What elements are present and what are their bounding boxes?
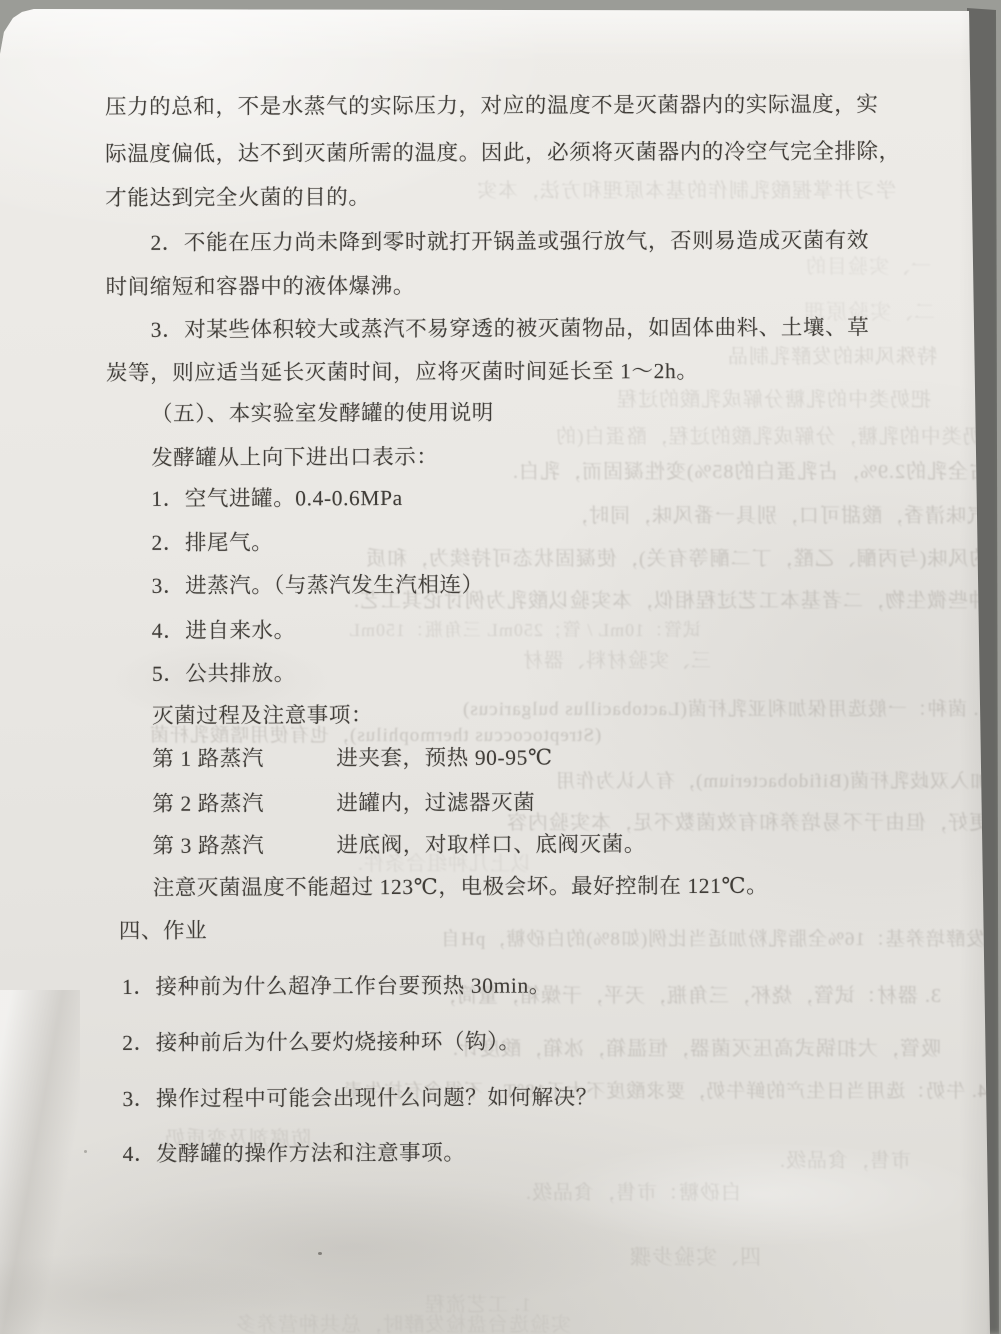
document-line: 才能达到完全火菌的目的。 — [105, 182, 370, 213]
document-line: 发酵罐从上向下进出口表示： — [106, 442, 438, 473]
steam-route-label: 第 1 路蒸汽 — [152, 743, 336, 774]
document-line homework-item: 1．接种前为什么超净工作台要预热 30min。 — [108, 970, 551, 1002]
document-line: 炭等，则应适当延长灭菌时间，应将灭菌时间延长至 1～2h。 — [106, 356, 699, 388]
steam-route-desc: 进夹套，预热 90-95℃ — [336, 745, 552, 770]
document-line note: 注意灭菌温度不能超过 123℃，电极会坏。最好控制在 121℃。 — [108, 871, 769, 903]
document-line list-item: 3．进蒸汽。（与蒸汽发生汽相连） — [107, 570, 484, 601]
document-line steam-route: 第 3 路蒸汽进底阀，对取样口、底阀灭菌。 — [107, 829, 646, 861]
paper-speck — [84, 1150, 87, 1153]
document-line steam-route: 第 1 路蒸汽进夹套，预热 90-95℃ — [107, 742, 552, 774]
document-line: 压力的总和，不是水蒸气的实际压力，对应的温度不是灭菌器内的实际温度，实 — [105, 89, 879, 122]
document-line list-item: 2．排尾气。 — [106, 527, 273, 558]
document-line homework-item: 3．操作过程中可能会出现什么问题？如何解决？ — [108, 1082, 598, 1114]
document-line homework-item: 2．接种前后为什么要灼烧接种环（钩）。 — [108, 1027, 521, 1058]
document-line steam-route: 第 2 路蒸汽进罐内，过滤器灭菌 — [107, 788, 535, 819]
paper-page: 学习并掌握酸乳制作的基本原理和方法，本实 一、实验目的 二、实验原理 特殊风味的… — [0, 0, 1001, 1334]
steam-route-desc: 进底阀，对取样口、底阀灭菌。 — [336, 832, 645, 857]
document-line section-heading: 四、作业 — [108, 916, 208, 946]
document-line list-item: 5．公共排放。 — [107, 658, 296, 689]
steam-route-label: 第 2 路蒸汽 — [152, 788, 336, 819]
document-line: 时间缩短和容器中的液体爆沸。 — [106, 271, 416, 302]
document-line: 灭菌过程及注意事项： — [107, 700, 373, 731]
document-line: 际温度偏低，达不到灭菌所需的温度。因此，必须将灭菌器内的冷空气完全排除， — [105, 136, 901, 169]
paper-speck — [318, 1252, 322, 1255]
photo-background: 学习并掌握酸乳制作的基本原理和方法，本实 一、实验目的 二、实验原理 特殊风味的… — [0, 0, 1001, 1334]
document-text: 压力的总和，不是水蒸气的实际压力，对应的温度不是灭菌器内的实际温度，实 际温度偏… — [0, 0, 1001, 1334]
steam-route-label: 第 3 路蒸汽 — [152, 830, 336, 861]
document-line section-heading: （五）、本实验室发酵罐的使用说明 — [106, 398, 494, 429]
document-line: 2．不能在压力尚未降到零时就打开锅盖或强行放气，否则易造成灭菌有效 — [105, 225, 869, 258]
document-line homework-item: 4．发酵罐的操作方法和注意事项。 — [109, 1138, 466, 1169]
document-line list-item: 4．进自来水。 — [107, 615, 296, 646]
document-line list-item: 1．空气进罐。0.4-0.6MPa — [106, 483, 403, 514]
document-line: 3．对某些体积较大或蒸汽不易穿透的被灭菌物品，如固体曲料、土壤、草 — [106, 312, 870, 345]
steam-route-desc: 进罐内，过滤器灭菌 — [336, 791, 535, 816]
